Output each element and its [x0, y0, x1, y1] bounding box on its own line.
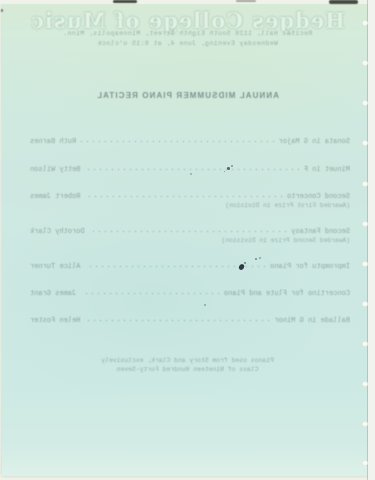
punch-hole	[362, 421, 368, 427]
piece-title: Second Fantasy	[291, 228, 350, 236]
dotted-leader	[90, 226, 287, 233]
piece-title: Impromptu for Piano	[270, 263, 350, 271]
dotted-leader	[81, 288, 219, 295]
ink-speck	[204, 304, 206, 306]
program-list: Sonata in G Major Ruth Barnes Minuet in …	[30, 0, 350, 480]
punch-hole	[362, 261, 368, 267]
performer-name: Dorothy Clark	[30, 228, 85, 236]
footer-note: Pianos used from Story and Clark, exclus…	[0, 356, 375, 374]
piece-title: Concertino for Flute and Piano	[224, 290, 350, 298]
punch-hole	[362, 381, 368, 387]
ink-speck	[190, 173, 192, 175]
program-row: Impromptu for Piano Alice Turner	[30, 261, 350, 271]
ink-speck	[255, 258, 257, 260]
program-row: Ballade in G Minor Helen Foster	[30, 315, 350, 325]
punch-hole	[362, 460, 368, 466]
piece-title: Ballade in G Minor	[274, 317, 350, 325]
ink-speck	[259, 257, 261, 259]
performer-name: Ruth Barnes	[30, 138, 76, 146]
dotted-leader	[85, 315, 269, 322]
footer-line-2: Class of Nineteen Hundred Forty-Seven	[0, 365, 375, 374]
performer-name: James Grant	[30, 290, 76, 298]
ink-speck	[231, 165, 233, 167]
dotted-leader	[81, 136, 273, 143]
punch-hole	[362, 221, 368, 227]
ink-speck	[227, 167, 230, 170]
performer-name: Robert James	[30, 193, 80, 201]
program-row: Second Concerto Robert James (Awarded Fi…	[30, 191, 350, 209]
piece-subtitle: (Awarded Second Prize in Division)	[30, 237, 350, 244]
performer-name: Betty Wilson	[30, 166, 80, 174]
punch-hole	[362, 140, 368, 146]
piece-title: Second Concerto	[287, 193, 350, 201]
footer-line-1: Pianos used from Story and Clark, exclus…	[0, 356, 375, 365]
ink-speck	[244, 262, 246, 264]
program-row: Concertino for Flute and Piano James Gra…	[30, 288, 350, 298]
performer-name: Helen Foster	[30, 317, 80, 325]
program-row: Second Fantasy Dorothy Clark (Awarded Se…	[30, 226, 350, 244]
ink-speck	[224, 171, 225, 172]
performer-name: Alice Turner	[30, 263, 80, 271]
punch-hole	[362, 341, 368, 347]
piece-subtitle: (Awarded First Prize in Division)	[30, 202, 350, 209]
punch-hole	[362, 301, 368, 307]
piece-title: Sonata in G Major	[279, 138, 350, 146]
piece-title: Minuet in F	[304, 166, 350, 174]
program-row: Sonata in G Major Ruth Barnes	[30, 136, 350, 146]
dotted-leader	[85, 164, 298, 171]
dotted-leader	[85, 191, 282, 198]
punch-hole	[362, 60, 368, 66]
punch-hole	[362, 100, 368, 106]
scanner-edge-right	[368, 0, 375, 480]
punch-hole	[362, 181, 368, 187]
